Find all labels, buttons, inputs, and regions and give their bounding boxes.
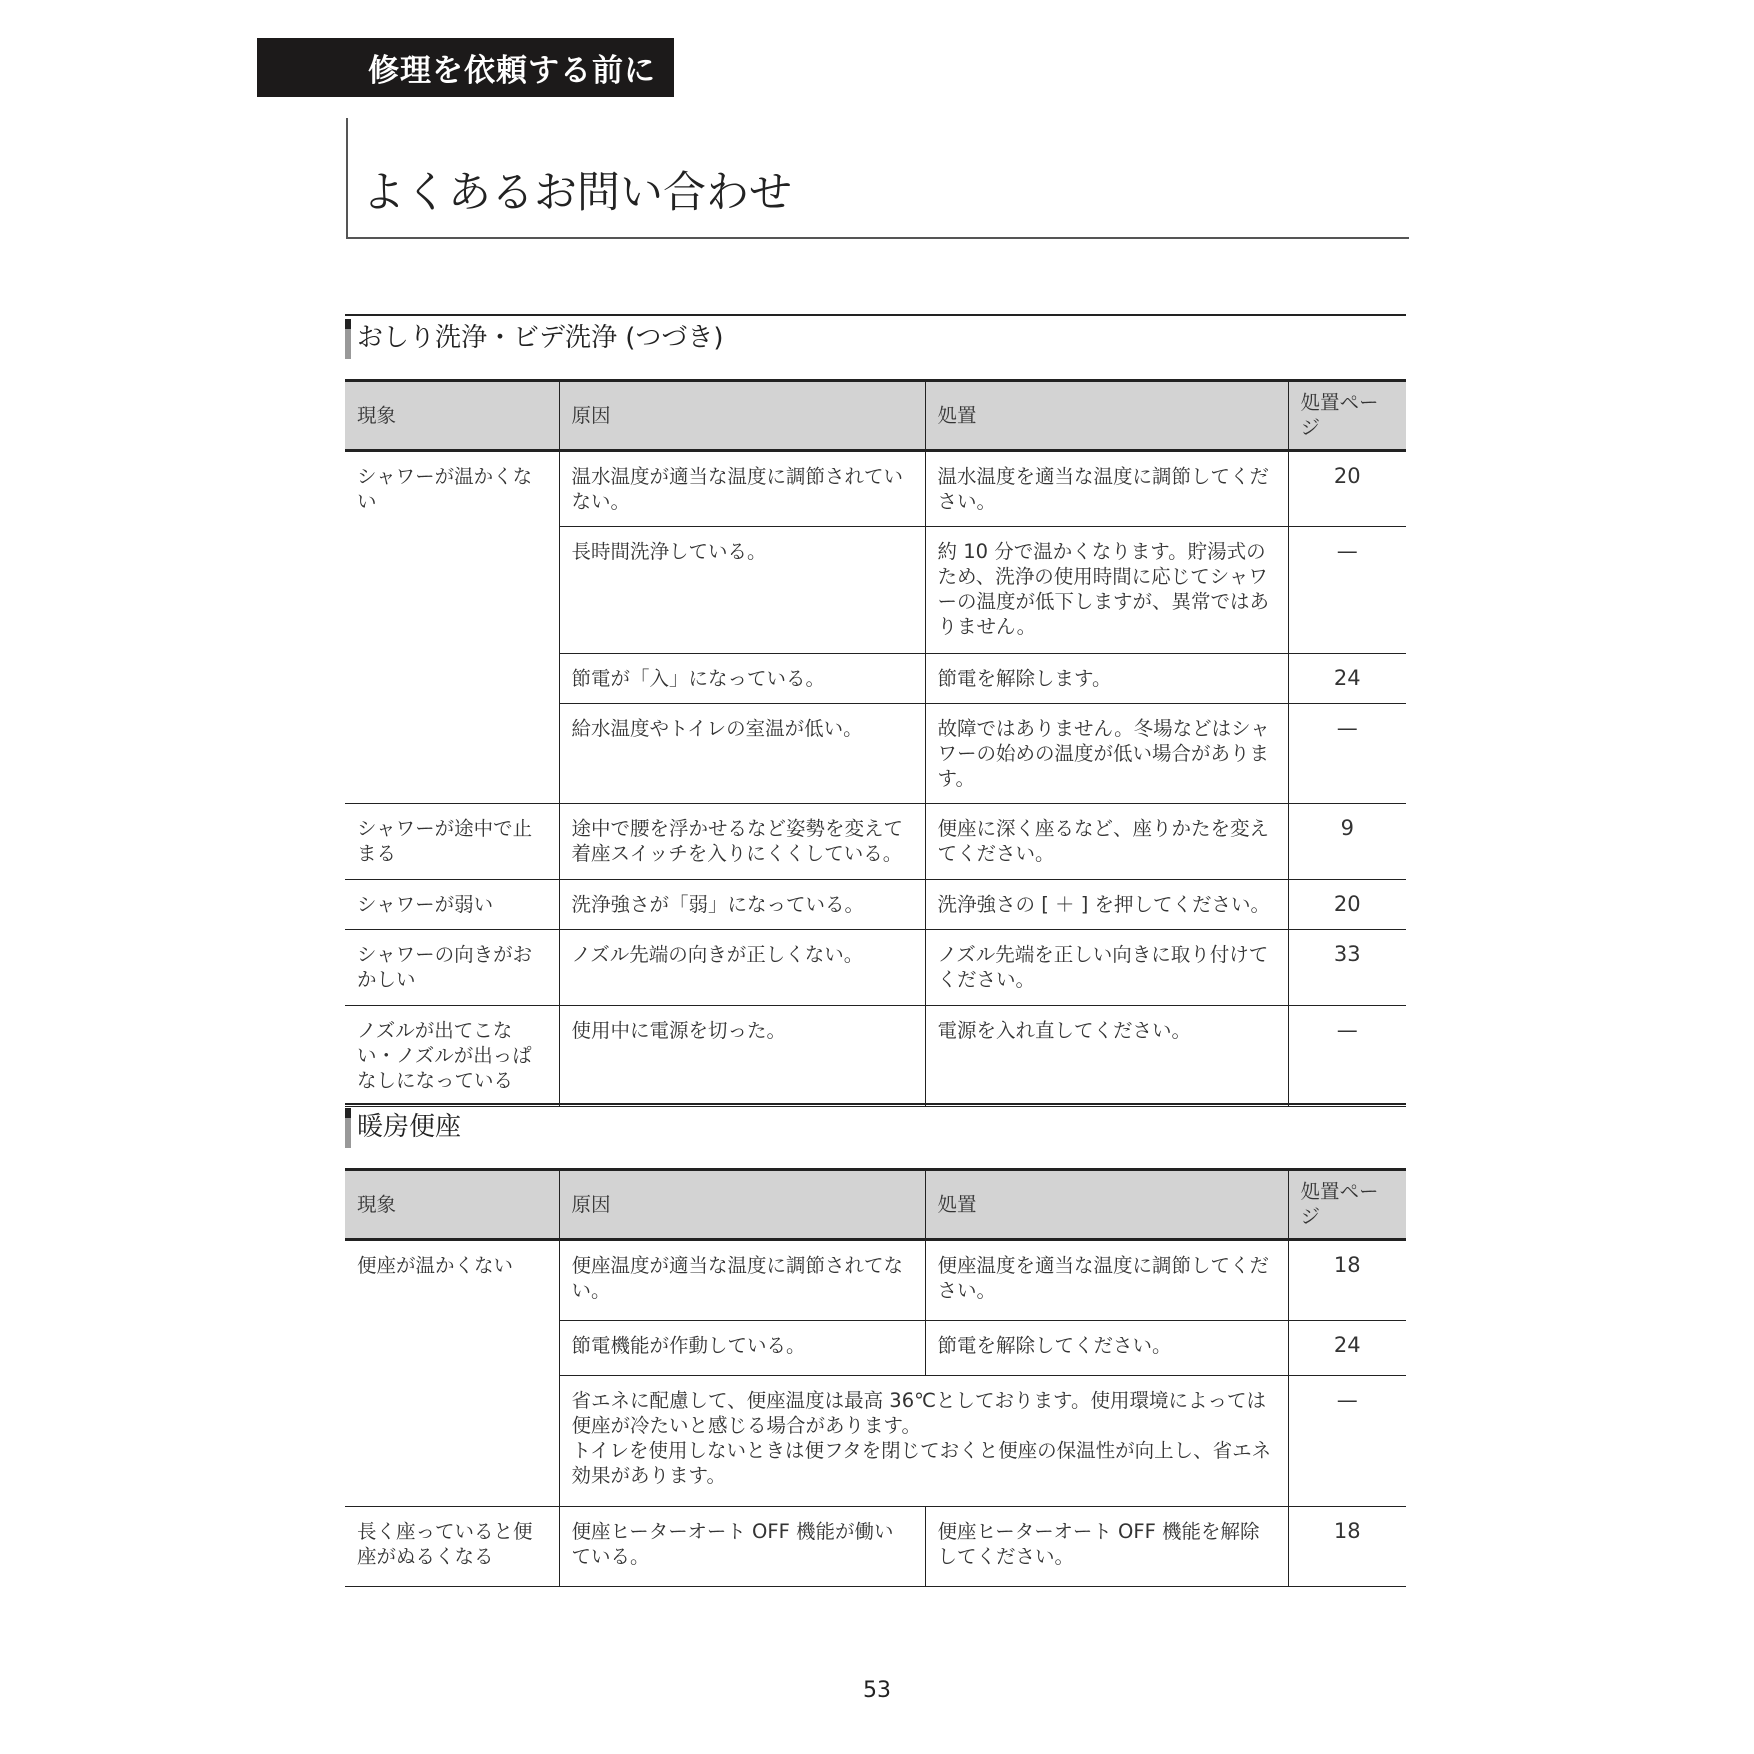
remedy-cell: 電源を入れ直してください。 bbox=[925, 1006, 1288, 1107]
table-header-row: 現象 原因 処置 処置ページ bbox=[345, 381, 1406, 451]
section-marker bbox=[345, 319, 351, 359]
symptom-cell: 便座が温かくない bbox=[345, 1240, 559, 1507]
col-remedy: 処置 bbox=[925, 1170, 1288, 1240]
section-header: おしり洗浄・ビデ洗浄 (つづき) bbox=[345, 319, 1406, 359]
page-cell: 24 bbox=[1288, 654, 1406, 704]
remedy-cell: 故障ではありません。冬場などはシャワーの始めの温度が低い場合があります。 bbox=[925, 704, 1288, 804]
troubleshooting-table: 現象 原因 処置 処置ページ シャワーが温かくない 温水温度が適当な温度に調節さ… bbox=[345, 379, 1406, 1107]
cause-cell: 温水温度が適当な温度に調節されていない。 bbox=[559, 451, 925, 527]
section-heated-seat: 暖房便座 現象 原因 処置 処置ページ 便座が温かくない 便座温度が適当な温度に… bbox=[345, 1103, 1406, 1587]
table-row: シャワーが弱い 洗浄強さが「弱」になっている。 洗浄強さの [ ＋ ] を押して… bbox=[345, 880, 1406, 930]
col-page: 処置ページ bbox=[1288, 1170, 1406, 1240]
page-cell: 33 bbox=[1288, 930, 1406, 1006]
col-page: 処置ページ bbox=[1288, 381, 1406, 451]
cause-cell: 途中で腰を浮かせるなど姿勢を変えて着座スイッチを入りにくくしている。 bbox=[559, 804, 925, 880]
col-cause: 原因 bbox=[559, 381, 925, 451]
col-remedy: 処置 bbox=[925, 381, 1288, 451]
remedy-cell: 便座ヒーターオート OFF 機能を解除してください。 bbox=[925, 1507, 1288, 1587]
cause-cell: 長時間洗浄している。 bbox=[559, 527, 925, 654]
chapter-banner: 修理を依頼する前に bbox=[257, 38, 674, 97]
page-cell: 18 bbox=[1288, 1240, 1406, 1321]
cause-cell: 洗浄強さが「弱」になっている。 bbox=[559, 880, 925, 930]
troubleshooting-table: 現象 原因 処置 処置ページ 便座が温かくない 便座温度が適当な温度に調節されて… bbox=[345, 1168, 1406, 1587]
page-title: よくあるお問い合わせ bbox=[362, 172, 792, 215]
table-row: 便座が温かくない 便座温度が適当な温度に調節されてない。 便座温度を適当な温度に… bbox=[345, 1240, 1406, 1321]
symptom-cell: シャワーが温かくない bbox=[345, 451, 559, 804]
table-row: シャワーが途中で止まる 途中で腰を浮かせるなど姿勢を変えて着座スイッチを入りにく… bbox=[345, 804, 1406, 880]
symptom-cell: シャワーの向きがおかしい bbox=[345, 930, 559, 1006]
cause-cell: 節電機能が作動している。 bbox=[559, 1321, 925, 1376]
remedy-cell: 節電を解除します。 bbox=[925, 654, 1288, 704]
table-header-row: 現象 原因 処置 処置ページ bbox=[345, 1170, 1406, 1240]
cause-cell: 便座温度が適当な温度に調節されてない。 bbox=[559, 1240, 925, 1321]
page-cell: 24 bbox=[1288, 1321, 1406, 1376]
page-cell: — bbox=[1288, 1006, 1406, 1107]
cause-cell: 便座ヒーターオート OFF 機能が働いている。 bbox=[559, 1507, 925, 1587]
title-vertical-rule bbox=[346, 118, 348, 239]
remedy-cell: 温水温度を適当な温度に調節してください。 bbox=[925, 451, 1288, 527]
symptom-cell: シャワーが弱い bbox=[345, 880, 559, 930]
page-number: 53 bbox=[0, 1678, 1754, 1703]
remedy-cell: 約 10 分で温かくなります。貯湯式のため、洗浄の使用時間に応じてシャワーの温度… bbox=[925, 527, 1288, 654]
table-row: 長く座っていると便座がぬるくなる 便座ヒーターオート OFF 機能が働いている。… bbox=[345, 1507, 1406, 1587]
note-cell: 省エネに配慮して、便座温度は最高 36℃としております。使用環境によっては便座が… bbox=[559, 1376, 1288, 1507]
col-symptom: 現象 bbox=[345, 381, 559, 451]
page-cell: 9 bbox=[1288, 804, 1406, 880]
col-symptom: 現象 bbox=[345, 1170, 559, 1240]
section-washing: おしり洗浄・ビデ洗浄 (つづき) 現象 原因 処置 処置ページ シャワーが温かく… bbox=[345, 314, 1406, 1107]
page-cell: 20 bbox=[1288, 451, 1406, 527]
chapter-title: 修理を依頼する前に bbox=[368, 45, 656, 90]
table-row: ノズルが出てこない・ノズルが出っぱなしになっている 使用中に電源を切った。 電源… bbox=[345, 1006, 1406, 1107]
title-underline bbox=[346, 237, 1409, 239]
symptom-cell: シャワーが途中で止まる bbox=[345, 804, 559, 880]
cause-cell: 使用中に電源を切った。 bbox=[559, 1006, 925, 1107]
remedy-cell: 便座に深く座るなど、座りかたを変えてください。 bbox=[925, 804, 1288, 880]
cause-cell: 節電が「入」になっている。 bbox=[559, 654, 925, 704]
section-title: おしり洗浄・ビデ洗浄 (つづき) bbox=[357, 323, 724, 353]
table-row: シャワーが温かくない 温水温度が適当な温度に調節されていない。 温水温度を適当な… bbox=[345, 451, 1406, 527]
table-row: シャワーの向きがおかしい ノズル先端の向きが正しくない。 ノズル先端を正しい向き… bbox=[345, 930, 1406, 1006]
page-cell: 18 bbox=[1288, 1507, 1406, 1587]
page-cell: 20 bbox=[1288, 880, 1406, 930]
section-rule bbox=[345, 314, 1406, 316]
symptom-cell: ノズルが出てこない・ノズルが出っぱなしになっている bbox=[345, 1006, 559, 1107]
section-rule bbox=[345, 1103, 1406, 1105]
page-cell: — bbox=[1288, 704, 1406, 804]
note-line: 省エネに配慮して、便座温度は最高 36℃としております。使用環境によっては便座が… bbox=[572, 1388, 1276, 1438]
section-header: 暖房便座 bbox=[345, 1108, 1406, 1148]
page-cell: — bbox=[1288, 1376, 1406, 1507]
cause-cell: ノズル先端の向きが正しくない。 bbox=[559, 930, 925, 1006]
section-marker bbox=[345, 1108, 351, 1148]
remedy-cell: 便座温度を適当な温度に調節してください。 bbox=[925, 1240, 1288, 1321]
remedy-cell: 節電を解除してください。 bbox=[925, 1321, 1288, 1376]
note-line: トイレを使用しないときは便フタを閉じておくと便座の保温性が向上し、省エネ効果があ… bbox=[572, 1438, 1276, 1488]
remedy-cell: 洗浄強さの [ ＋ ] を押してください。 bbox=[925, 880, 1288, 930]
remedy-cell: ノズル先端を正しい向きに取り付けてください。 bbox=[925, 930, 1288, 1006]
page-cell: — bbox=[1288, 527, 1406, 654]
col-cause: 原因 bbox=[559, 1170, 925, 1240]
symptom-cell: 長く座っていると便座がぬるくなる bbox=[345, 1507, 559, 1587]
cause-cell: 給水温度やトイレの室温が低い。 bbox=[559, 704, 925, 804]
section-title: 暖房便座 bbox=[357, 1112, 461, 1142]
